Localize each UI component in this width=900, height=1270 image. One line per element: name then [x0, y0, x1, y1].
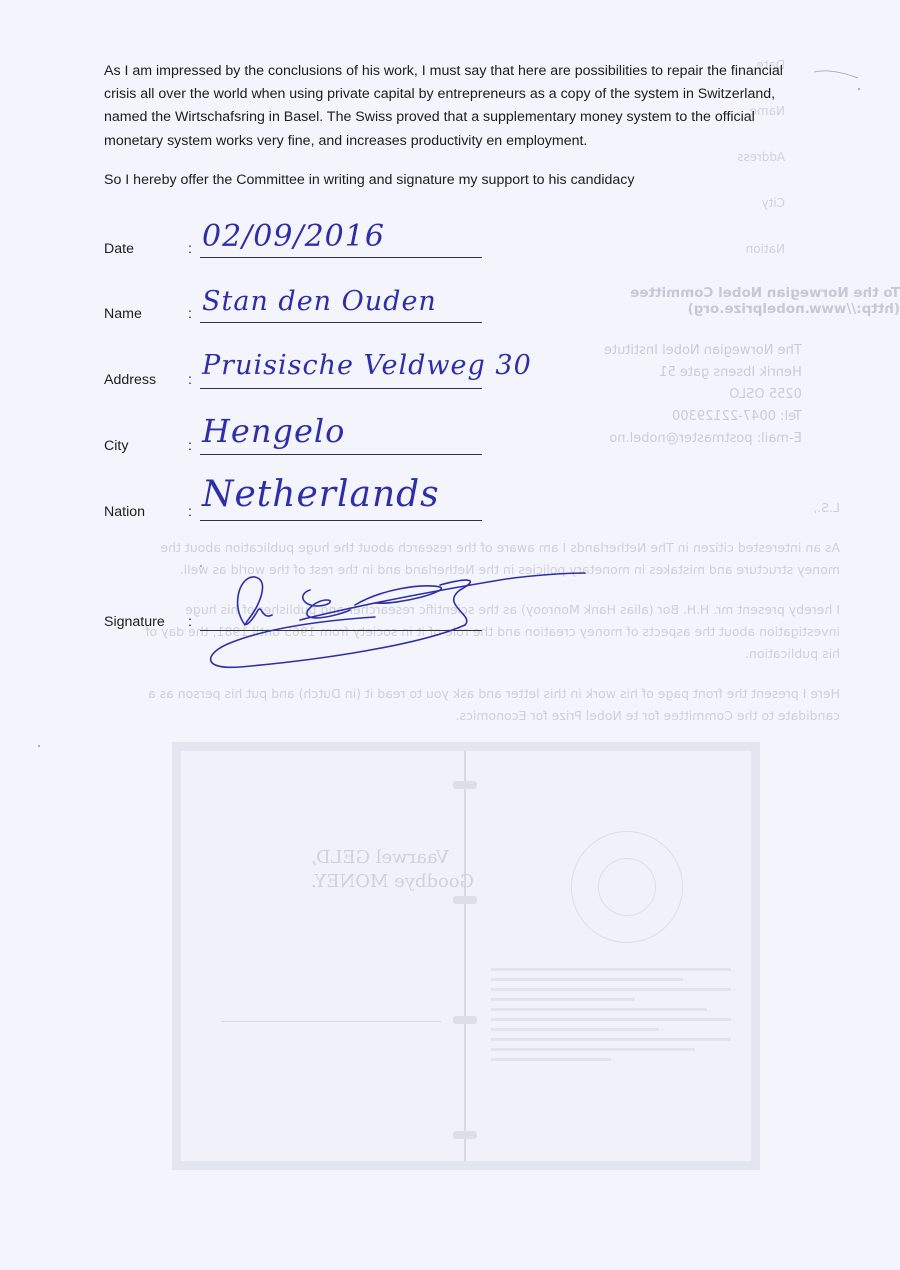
- scan-speck: [858, 88, 860, 90]
- binder-tab: [453, 1131, 477, 1139]
- book-spine: [464, 751, 466, 1161]
- cover-divider: [221, 1021, 441, 1022]
- intro-paragraph: As I am impressed by the conclusions of …: [104, 60, 784, 153]
- field-label: Signature: [104, 614, 165, 630]
- ghost-paragraph: Here I present the front page of his wor…: [140, 683, 840, 727]
- ghost-label: Nation: [725, 242, 785, 288]
- field-label: Address: [104, 372, 156, 388]
- back-cover-text-lines: [491, 961, 731, 1068]
- handwritten-name: Stan den Ouden: [202, 286, 437, 317]
- show-through-book-cover: Vaarwel GELD, Goodbye MONEY.: [172, 742, 760, 1170]
- ghost-line: Henrik Ibsens gate 51: [604, 362, 802, 384]
- field-line: [200, 454, 482, 455]
- field-line: [200, 257, 482, 258]
- handwritten-date: 02/09/2016: [202, 219, 385, 254]
- field-name: Name : Stan den Ouden: [104, 306, 584, 336]
- book-title-line: Goodbye MONEY.: [311, 870, 474, 894]
- binder-tab: [453, 1016, 477, 1024]
- field-label: Nation: [104, 504, 145, 520]
- handwritten-nation: Netherlands: [202, 474, 440, 515]
- colon: :: [188, 614, 192, 630]
- ghost-line: 0255 OSLO: [604, 384, 802, 406]
- colon: :: [188, 504, 192, 520]
- field-line: [200, 388, 482, 389]
- field-date: Date : 02/09/2016: [104, 241, 584, 271]
- scan-hair-mark: [812, 66, 862, 86]
- colon: :: [188, 438, 192, 454]
- field-line: [200, 520, 482, 521]
- ghost-label: City: [725, 196, 785, 242]
- ghost-line: E-mail: postmaster@nobel.no: [604, 428, 802, 450]
- book-title-line: Vaarwel GELD,: [311, 846, 474, 870]
- field-address: Address : Pruisische Veldweg 30: [104, 372, 584, 402]
- show-through-address: The Norwegian Nobel Institute Henrik Ibs…: [604, 340, 802, 450]
- scan-speck: [200, 565, 202, 567]
- field-label: Date: [104, 241, 134, 257]
- field-city: City : Hengelo: [104, 438, 584, 468]
- colon: :: [188, 241, 192, 257]
- field-label: City: [104, 438, 128, 454]
- colon: :: [188, 306, 192, 322]
- field-label: Name: [104, 306, 142, 322]
- ghost-line: The Norwegian Nobel Institute: [604, 340, 802, 362]
- binder-tab: [453, 781, 477, 789]
- diagram-circle-inner: [598, 858, 656, 916]
- scanned-page: Date Name Address City Nation To the Nor…: [0, 0, 900, 1270]
- handwritten-address: Pruisische Veldweg 30: [202, 350, 532, 381]
- offer-sentence: So I hereby offer the Committee in writi…: [104, 172, 634, 188]
- field-nation: Nation : Netherlands: [104, 504, 584, 534]
- signature-mark: [200, 565, 590, 675]
- field-line: [200, 322, 482, 323]
- book-title: Vaarwel GELD, Goodbye MONEY.: [311, 846, 474, 894]
- ghost-line: Tel: 0047-22129300: [604, 406, 802, 428]
- ghost-label: Address: [725, 150, 785, 196]
- binder-tab: [453, 896, 477, 904]
- colon: :: [188, 372, 192, 388]
- handwritten-city: Hengelo: [202, 412, 345, 450]
- scan-speck: [38, 745, 40, 747]
